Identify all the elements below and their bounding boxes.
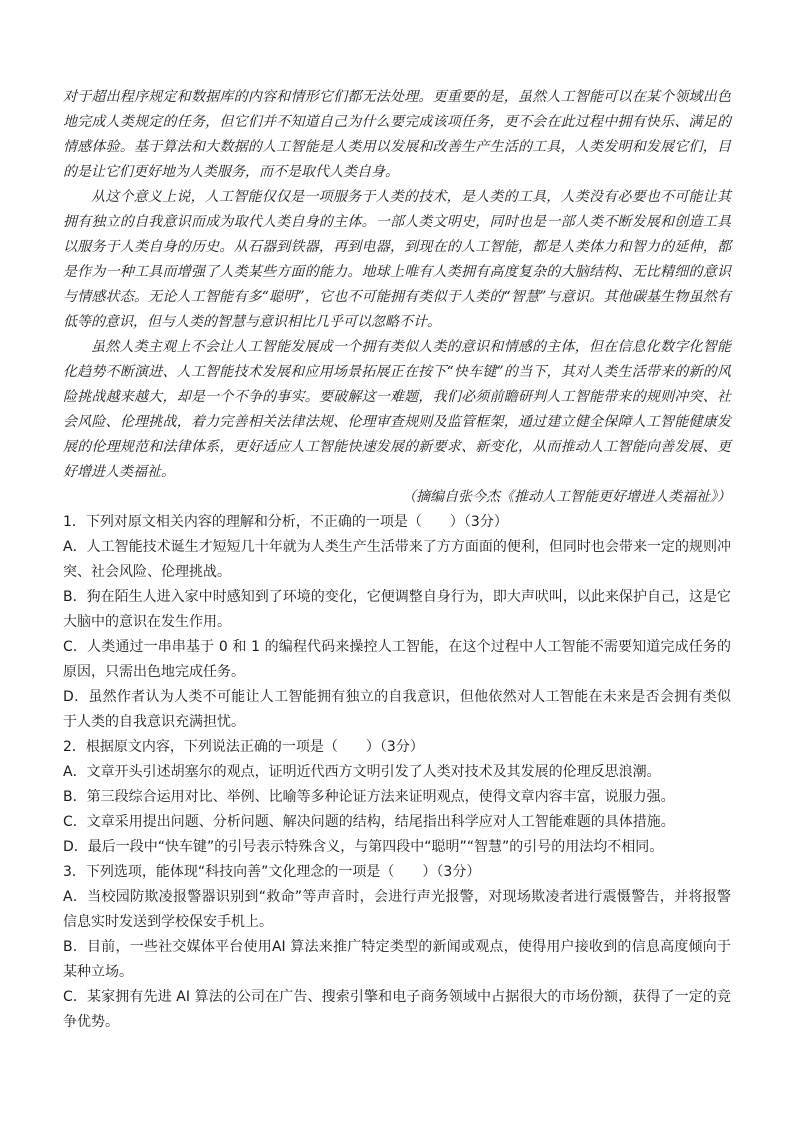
passage-paragraph-1: 对于超出程序规定和数据库的内容和情形它们都无法处理。更重要的是，虽然人工智能可以… <box>63 85 731 185</box>
question-2-option-c: C．文章采用提出问题、分析问题、解决问题的结构，结尾指出科学应对人工智能难题的具… <box>63 810 731 835</box>
question-1: 1．下列对原文相关内容的理解和分析，不正确的一项是（ ）（3分） A．人工智能技… <box>63 510 731 735</box>
question-3-stem: 3．下列选项，能体现“科技向善”文化理念的一项是（ ）（3分） <box>63 860 731 885</box>
question-3-option-a: A．当校园防欺凌报警器识别到“救命”等声音时，会进行声光报警，对现场欺凌者进行震… <box>63 885 731 935</box>
question-1-stem: 1．下列对原文相关内容的理解和分析，不正确的一项是（ ）（3分） <box>63 510 731 535</box>
passage-paragraph-2: 从这个意义上说，人工智能仅仅是一项服务于人类的技术，是人类的工具，人类没有必要也… <box>63 185 731 335</box>
question-2: 2．根据原文内容，下列说法正确的一项是（ ）（3分） A．文章开头引述胡塞尔的观… <box>63 735 731 860</box>
question-1-option-c: C．人类通过一串串基于 0 和 1 的编程代码来操控人工智能，在这个过程中人工智… <box>63 635 731 685</box>
question-1-option-b: B．狗在陌生人进入家中时感知到了环境的变化，它便调整自身行为，即大声吠叫，以此来… <box>63 585 731 635</box>
exam-document-page: 对于超出程序规定和数据库的内容和情形它们都无法处理。更重要的是，虽然人工智能可以… <box>0 0 794 1123</box>
reading-passage: 对于超出程序规定和数据库的内容和情形它们都无法处理。更重要的是，虽然人工智能可以… <box>63 85 731 510</box>
question-3-option-c: C．某家拥有先进 AI 算法的公司在广告、搜索引擎和电子商务领域中占据很大的市场… <box>63 985 731 1035</box>
question-1-option-d: D．虽然作者认为人类不可能让人工智能拥有独立的自我意识，但他依然对人工智能在未来… <box>63 685 731 735</box>
passage-paragraph-3: 虽然人类主观上不会让人工智能发展成一个拥有类似人类的意识和情感的主体，但在信息化… <box>63 335 731 485</box>
question-2-stem: 2．根据原文内容，下列说法正确的一项是（ ）（3分） <box>63 735 731 760</box>
passage-source-citation: （摘编自张今杰《推动人工智能更好增进人类福祉》） <box>63 485 731 510</box>
question-3-option-b: B．目前，一些社交媒体平台使用AI 算法来推广特定类型的新闻或观点，使得用户接收… <box>63 935 731 985</box>
question-2-option-a: A．文章开头引述胡塞尔的观点，证明近代西方文明引发了人类对技术及其发展的伦理反思… <box>63 760 731 785</box>
question-2-option-d: D．最后一段中“快车键”的引号表示特殊含义，与第四段中“聪明”“智慧”的引号的用… <box>63 835 731 860</box>
question-1-option-a: A．人工智能技术诞生才短短几十年就为人类生产生活带来了方方面面的便利，但同时也会… <box>63 535 731 585</box>
question-3: 3．下列选项，能体现“科技向善”文化理念的一项是（ ）（3分） A．当校园防欺凌… <box>63 860 731 1035</box>
question-2-option-b: B．第三段综合运用对比、举例、比喻等多种论证方法来证明观点，使得文章内容丰富，说… <box>63 785 731 810</box>
